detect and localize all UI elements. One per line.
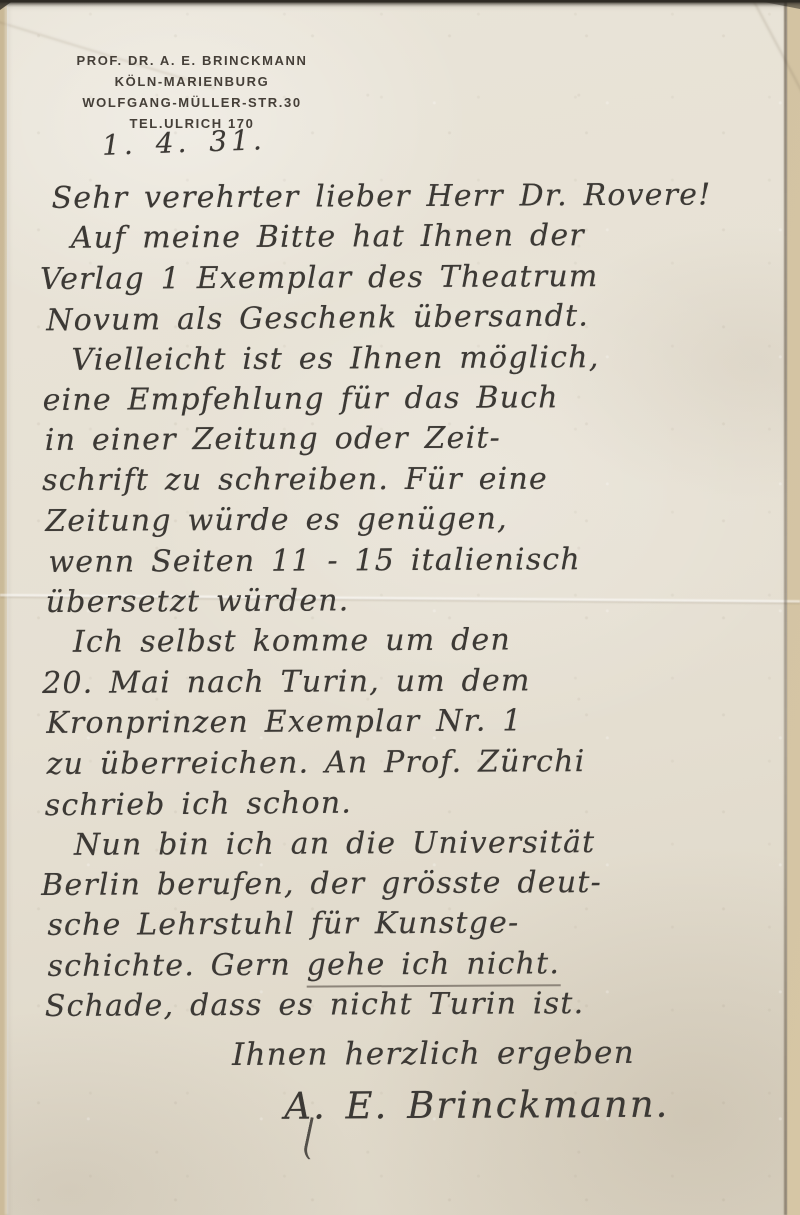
letter-line: schichte. Gern gehe ich nicht. <box>48 943 788 987</box>
letterhead-name: PROF. DR. A. E. BRINCKMANN <box>58 50 326 71</box>
letter-line: Zeitung würde es genügen, <box>45 498 785 542</box>
handwritten-date: 1. 4. 31. <box>101 123 266 162</box>
letter-line: Vielleicht ist es Ihnen möglich, <box>71 337 784 381</box>
letter-photo: PROF. DR. A. E. BRINCKMANN KÖLN-MARIENBU… <box>0 0 800 1215</box>
letterhead-city: KÖLN-MARIENBURG <box>58 71 326 92</box>
letter-line: zu überreichen. An Prof. Zürchi <box>46 741 786 785</box>
letterhead: PROF. DR. A. E. BRINCKMANN KÖLN-MARIENBU… <box>58 50 326 134</box>
photo-corner-right <box>754 0 800 9</box>
letter-line: A. E. Brinckmann. <box>284 1075 788 1135</box>
letter-line: 20. Mai nach Turin, um dem <box>42 660 782 704</box>
letter-line: Schade, dass es nicht Turin ist. <box>45 983 785 1027</box>
letter-line: Kronprinzen Exemplar Nr. 1 <box>46 700 786 744</box>
letter-line: in einer Zeitung oder Zeit- <box>45 418 785 462</box>
letter-line: wenn Seiten 11 - 15 italienisch <box>48 539 788 583</box>
paper-right-edge-crease <box>784 0 787 1215</box>
letter-line: schrieb ich schon. <box>45 780 785 827</box>
photo-top-edge <box>0 0 800 7</box>
pencil-underline: gehe ich nicht. <box>307 946 561 987</box>
letter-line: eine Empfehlung für das Buch <box>43 377 783 421</box>
letter-line: Berlin berufen, der grösste deut- <box>41 862 781 906</box>
photo-corner-left <box>0 0 14 10</box>
letter-line: Ihnen herzlich ergeben <box>232 1029 788 1078</box>
letter-line: schrift zu schreiben. Für eine <box>42 459 782 501</box>
letter-line: Verlag 1 Exemplar des Theatrum <box>40 256 780 300</box>
letter-line: Novum als Geschenk übersandt. <box>46 295 786 342</box>
letter-line: sche Lehrstuhl für Kunstge- <box>47 902 787 946</box>
letter-line: Nun bin ich an die Universität <box>74 822 787 866</box>
letter-line: Sehr verehrter lieber Herr Dr. Rovere! <box>52 175 784 219</box>
letter-body: Sehr verehrter lieber Herr Dr. Rovere!Au… <box>44 175 789 1135</box>
paper-left-edge <box>5 0 8 1215</box>
letterhead-street: WOLFGANG-MÜLLER-STR.30 <box>58 92 326 113</box>
letter-line: Ich selbst komme um den <box>73 620 786 664</box>
letter-line: Auf meine Bitte hat Ihnen der <box>71 215 784 259</box>
letter-line: übersetzt würden. <box>46 579 786 623</box>
